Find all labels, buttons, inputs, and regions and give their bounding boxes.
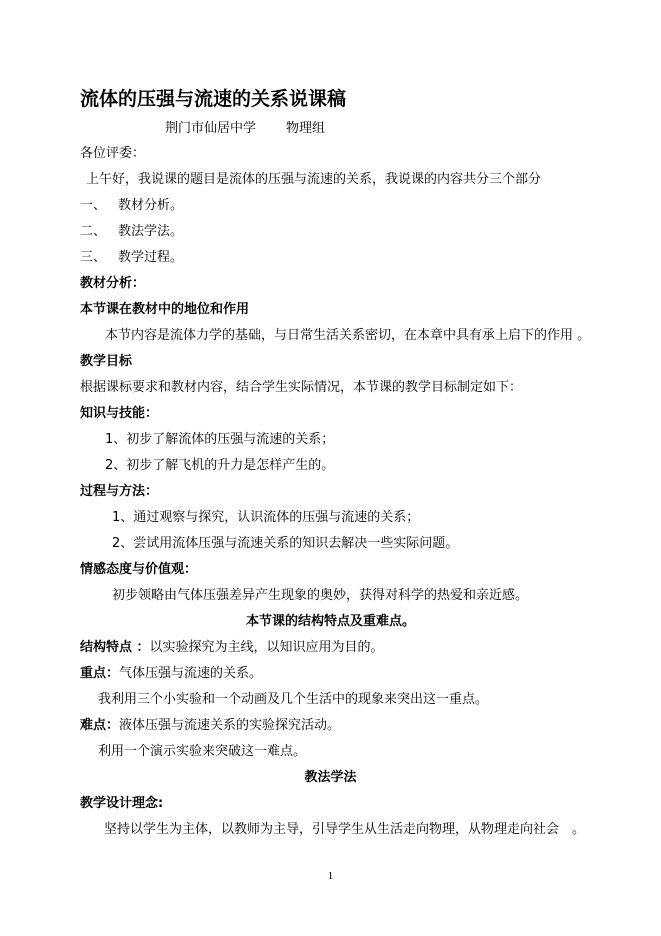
paragraph: 本节内容是流体力学的基础，与日常生活关系密切，在本章中具有承上启下的作用 。 [105, 328, 590, 344]
section-heading: 教材分析： [80, 276, 145, 292]
section-heading: 情感态度与价值观： [80, 562, 197, 578]
difficulty-line: 难点：液体压强与流速关系的实验探究活动。 [80, 718, 340, 734]
school-name: 荆门市仙居中学 [165, 121, 256, 136]
page-title: 流体的压强与流速的关系说课稿 [80, 88, 346, 110]
intro-paragraph: 上午好，我说课的题目是流体的压强与流速的关系，我说课的内容共分三个部分 [86, 172, 541, 188]
page-number: 1 [0, 870, 661, 882]
section-heading-center: 本节课的结构特点及重难点。 [0, 614, 661, 630]
group-name: 物理组 [286, 121, 325, 136]
section-heading: 知识与技能： [80, 406, 158, 422]
outline-item: 一、教材分析。 [80, 198, 183, 214]
section-heading: 教学目标 [80, 354, 132, 370]
section-heading: 过程与方法： [80, 484, 158, 500]
paragraph: 利用一个演示实验来突破这一难点。 [98, 744, 306, 760]
outline-item: 二、教法学法。 [80, 224, 183, 240]
paragraph: 坚持以学生为主体，以教师为主导，引导学生从生活走向物理，从物理走向社会 。 [104, 822, 585, 838]
structure-line: 结构特点 ：以实验探究为主线，以知识应用为目的。 [80, 640, 384, 656]
section-heading: 本节课在教材中的地位和作用 [80, 302, 249, 318]
outline-item: 三、教学过程。 [80, 250, 183, 266]
section-heading: 教学设计理念: [80, 796, 163, 812]
list-item: 2、尝试用流体压强与流速关系的知识去解决一些实际问题。 [112, 536, 458, 552]
author-line: 荆门市仙居中学物理组 [165, 121, 325, 137]
key-point-line: 重点：气体压强与流速的关系。 [80, 666, 262, 682]
paragraph: 初步领略由气体压强差异产生现象的奥妙，获得对科学的热爱和亲近感。 [112, 588, 528, 604]
list-item: 2、初步了解飞机的升力是怎样产生的。 [105, 458, 334, 474]
list-item: 1、初步了解流体的压强与流速的关系； [105, 432, 334, 448]
paragraph: 根据课标要求和教材内容，结合学生实际情况，本节课的教学目标制定如下： [80, 380, 522, 396]
paragraph: 我利用三个小实验和一个动画及几个生活中的现象来突出这一重点。 [98, 692, 488, 708]
greeting: 各位评委： [80, 146, 145, 162]
section-heading-center: 教法学法 [0, 770, 661, 786]
list-item: 1、通过观察与探究，认识流体的压强与流速的关系； [112, 510, 419, 526]
